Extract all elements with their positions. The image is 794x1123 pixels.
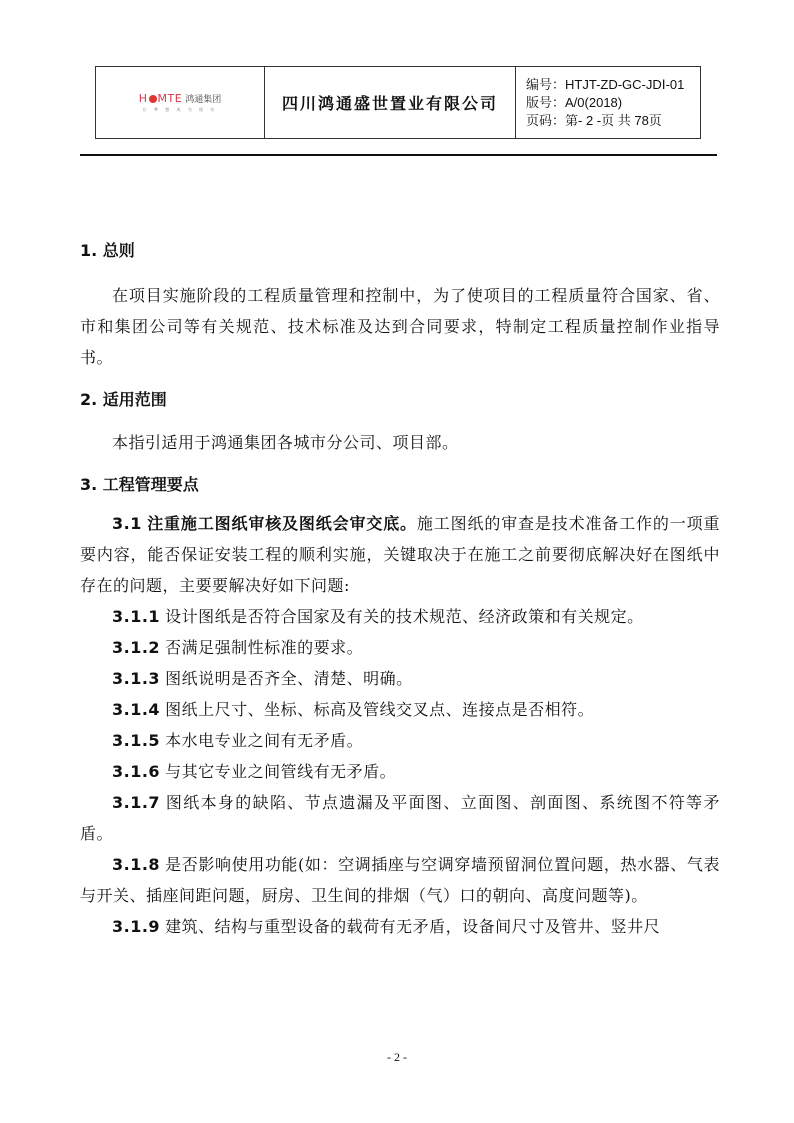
doc-code: HTJT-ZD-GC-JDⅠ-01 [565, 77, 684, 92]
list-item: 3.1.7图纸本身的缺陷、节点遗漏及平面图、立面图、剖面图、系统图不符等矛盾。 [80, 787, 720, 849]
section-heading-management: 3. 工程管理要点 [80, 470, 720, 500]
list-item: 3.1.6与其它专业之间管线有无矛盾。 [80, 756, 720, 787]
list-item: 3.1.2否满足强制性标准的要求。 [80, 632, 720, 663]
logo-brand-en: HMTE [139, 92, 182, 105]
company-name: 四川鸿通盛世置业有限公司 [265, 67, 516, 138]
list-item: 3.1.5本水电专业之间有无矛盾。 [80, 725, 720, 756]
logo-dot-icon [149, 95, 157, 103]
section-heading-scope: 2. 适用范围 [80, 385, 720, 415]
logo-cell: HMTE 鸿通集团 让 梦 想 成 为 现 实 [96, 67, 265, 138]
version-row: 版号：A/0(2018) [526, 94, 700, 112]
section-heading-general: 1. 总则 [80, 236, 720, 266]
page-number-footer: - 2 - [0, 1050, 794, 1065]
version: A/0(2018) [565, 95, 622, 110]
document-header: HMTE 鸿通集团 让 梦 想 成 为 现 实 四川鸿通盛世置业有限公司 编号：… [95, 66, 701, 139]
list-item: 3.1.9建筑、结构与重型设备的载荷有无矛盾，设备间尺寸及管井、竖井尺 [80, 911, 720, 942]
header-divider [80, 154, 717, 156]
list-item: 3.1.4图纸上尺寸、坐标、标高及管线交叉点、连接点是否相符。 [80, 694, 720, 725]
company-logo: HMTE 鸿通集团 [139, 92, 221, 105]
doc-code-row: 编号：HTJT-ZD-GC-JDⅠ-01 [526, 76, 700, 94]
doc-meta: 编号：HTJT-ZD-GC-JDⅠ-01 版号：A/0(2018) 页码：第- … [516, 67, 700, 138]
logo-slogan: 让 梦 想 成 为 现 实 [143, 107, 218, 113]
item-3-1: 3.1注重施工图纸审核及图纸会审交底。施工图纸的审查是技术准备工作的一项重要内容… [80, 508, 720, 601]
logo-brand-cn: 鸿通集团 [185, 92, 221, 105]
page-info: 第- 2 -页 共 78页 [565, 113, 662, 128]
document-body: 1. 总则 在项目实施阶段的工程质量管理和控制中，为了使项目的工程质量符合国家、… [80, 236, 720, 942]
list-item: 3.1.3图纸说明是否齐全、清楚、明确。 [80, 663, 720, 694]
list-item: 3.1.1设计图纸是否符合国家及有关的技术规范、经济政策和有关规定。 [80, 601, 720, 632]
list-item: 3.1.8是否影响使用功能(如：空调插座与空调穿墙预留洞位置问题，热水器、气表与… [80, 849, 720, 911]
section-body-scope: 本指引适用于鸿通集团各城市分公司、项目部。 [80, 427, 720, 458]
section-body-general: 在项目实施阶段的工程质量管理和控制中，为了使项目的工程质量符合国家、省、市和集团… [80, 280, 720, 373]
page-row: 页码：第- 2 -页 共 78页 [526, 112, 700, 130]
